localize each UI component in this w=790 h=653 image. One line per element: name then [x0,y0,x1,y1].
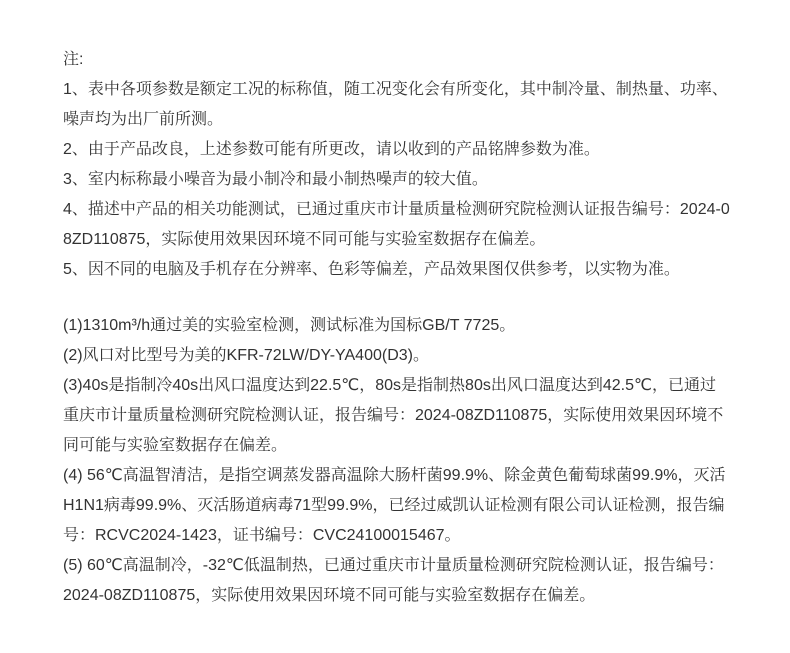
note-item-3: 3、室内标称最小噪音为最小制冷和最小制热噪声的较大值。 [63,165,730,195]
notes-title: 注: [63,45,730,75]
notes-list: 1、表中各项参数是额定工况的标称值，随工况变化会有所变化，其中制冷量、制热量、功… [63,75,730,285]
note-item-4: 4、描述中产品的相关功能测试，已通过重庆市计量质量检测研究院检测认证报告编号：2… [63,195,730,255]
note-item-2: 2、由于产品改良，上述参数可能有所更改，请以收到的产品铭牌参数为准。 [63,135,730,165]
note-item-5: 5、因不同的电脑及手机存在分辨率、色彩等偏差，产品效果图仅供参考，以实物为准。 [63,255,730,285]
footnotes-list: (1)1310m³/h通过美的实验室检测，测试标准为国标GB/T 7725。 (… [63,311,730,611]
footnote-item-4: (4) 56℃高温智清洁，是指空调蒸发器高温除大肠杆菌99.9%、除金黄色葡萄球… [63,461,730,551]
footnote-item-2: (2)风口对比型号为美的KFR-72LW/DY-YA400(D3)。 [63,341,730,371]
footnote-item-3: (3)40s是指制冷40s出风口温度达到22.5℃，80s是指制热80s出风口温… [63,371,730,461]
footnote-item-1: (1)1310m³/h通过美的实验室检测，测试标准为国标GB/T 7725。 [63,311,730,341]
footnote-item-5: (5) 60℃高温制冷，-32℃低温制热，已通过重庆市计量质量检测研究院检测认证… [63,551,730,611]
product-notes-page: 注: 1、表中各项参数是额定工况的标称值，随工况变化会有所变化，其中制冷量、制热… [0,0,790,653]
note-item-1: 1、表中各项参数是额定工况的标称值，随工况变化会有所变化，其中制冷量、制热量、功… [63,75,730,135]
